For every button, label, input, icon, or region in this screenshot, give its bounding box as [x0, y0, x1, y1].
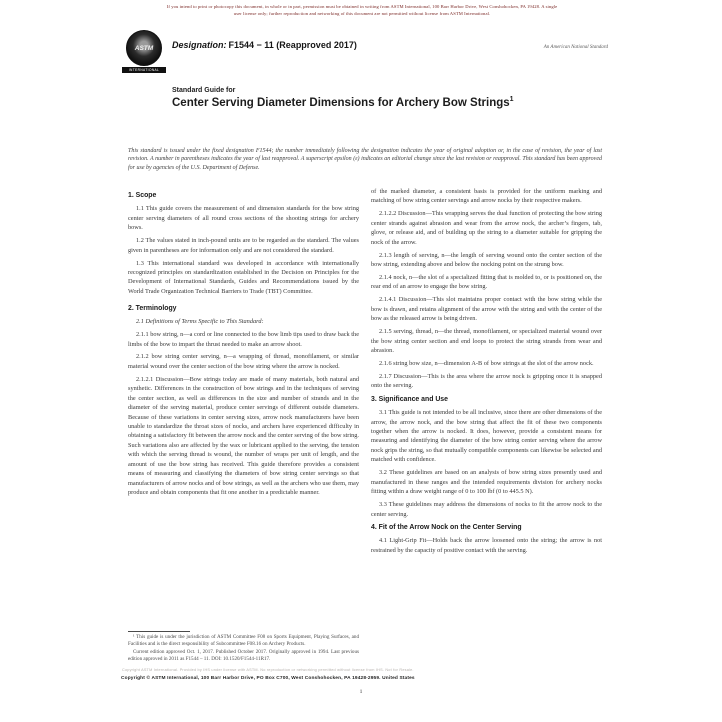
designation-code: F1544 − 11 (Reapproved 2017)	[229, 40, 357, 50]
issue-note: This standard is issued under the fixed …	[128, 147, 602, 172]
astm-logo-acronym: ASTM	[135, 45, 153, 52]
title-kicker: Standard Guide for	[172, 87, 552, 94]
right-column: of the marked diameter, a consistent bas…	[371, 187, 602, 559]
left-column: 1. Scope 1.1 This guide covers the measu…	[128, 187, 359, 665]
paragraph-continuation: of the marked diameter, a consistent bas…	[371, 187, 602, 206]
title-block: Standard Guide for Center Serving Diamet…	[172, 87, 552, 110]
paragraph-2-1-3: 2.1.3 length of serving, n—the length of…	[371, 251, 602, 270]
paragraph-2-1-1: 2.1.1 bow string, n—a cord or line conne…	[128, 330, 359, 349]
footer-copyright-stamp: Copyright © ASTM International, 100 Barr…	[121, 676, 601, 681]
paragraph-3-2: 3.2 These guidelines are based on an ana…	[371, 468, 602, 496]
designation: Designation:F1544 − 11 (Reapproved 2017)	[172, 40, 357, 50]
permission-notice-line2: user license only; further reproduction …	[116, 11, 608, 18]
paragraph-1-3: 1.3 This international standard was deve…	[128, 259, 359, 297]
section-heading-significance: 3. Significance and Use	[371, 395, 602, 405]
section-heading-terminology: 2. Terminology	[128, 304, 359, 314]
designation-row: Designation:F1544 − 11 (Reapproved 2017)…	[172, 40, 608, 50]
page-number: 1	[0, 689, 722, 695]
american-national-standard-note: An American National Standard	[544, 45, 608, 50]
section-heading-fit: 4. Fit of the Arrow Nock on the Center S…	[371, 523, 602, 533]
astm-logo-banner: INTERNATIONAL	[122, 67, 166, 73]
paragraph-4-1: 4.1 Light-Grip Fit—Holds back the arrow …	[371, 536, 602, 555]
footer-license-line: Copyright ASTM International. Provided b…	[122, 668, 602, 672]
paragraph-2-1-7: 2.1.7 Discussion—This is the area where …	[371, 372, 602, 391]
paragraph-2-1-6: 2.1.6 string bow size, n—dimension A-B o…	[371, 359, 602, 368]
footnote-divider	[128, 631, 190, 632]
permission-notice: If you intend to print or photocopy this…	[116, 4, 608, 18]
paragraph-2-1-4: 2.1.4 nock, n—the slot of a specialized …	[371, 273, 602, 292]
permission-notice-line1: If you intend to print or photocopy this…	[116, 4, 608, 11]
section-heading-scope: 1. Scope	[128, 191, 359, 201]
paragraph-2-1-4-1: 2.1.4.1 Discussion—This slot maintains p…	[371, 295, 602, 323]
paragraph-2-1-2-1: 2.1.2.1 Discussion—Bow strings today are…	[128, 375, 359, 498]
paragraph-2-1-5: 2.1.5 serving, thread, n—the thread, mon…	[371, 327, 602, 355]
paragraph-3-3: 3.3 These guidelines may address the dim…	[371, 500, 602, 519]
document-title: Center Serving Diameter Dimensions for A…	[172, 96, 528, 110]
paragraph-1-2: 1.2 The values stated in inch-pound unit…	[128, 236, 359, 255]
title-footnote-marker: 1	[510, 96, 514, 103]
footnote-jurisdiction: ¹ This guide is under the jurisdiction o…	[128, 634, 359, 648]
footnote-block: ¹ This guide is under the jurisdiction o…	[128, 628, 359, 666]
document-page: If you intend to print or photocopy this…	[0, 0, 722, 722]
paragraph-2-1-2-2: 2.1.2.2 Discussion—This wrapping serves …	[371, 209, 602, 247]
astm-emblem-icon: ASTM	[126, 30, 162, 66]
paragraph-1-1: 1.1 This guide covers the measurement of…	[128, 204, 359, 232]
paragraph-2-1-2: 2.1.2 bow string center serving, n—a wra…	[128, 352, 359, 371]
footnote-edition: Current edition approved Oct. 1, 2017. P…	[128, 649, 359, 663]
astm-logo: ASTM INTERNATIONAL	[122, 30, 166, 73]
paragraph-3-1: 3.1 This guide is not intended to be all…	[371, 408, 602, 465]
designation-label: Designation:	[172, 40, 227, 50]
paragraph-2-1: 2.1 Definitions of Terms Specific to Thi…	[128, 317, 359, 326]
